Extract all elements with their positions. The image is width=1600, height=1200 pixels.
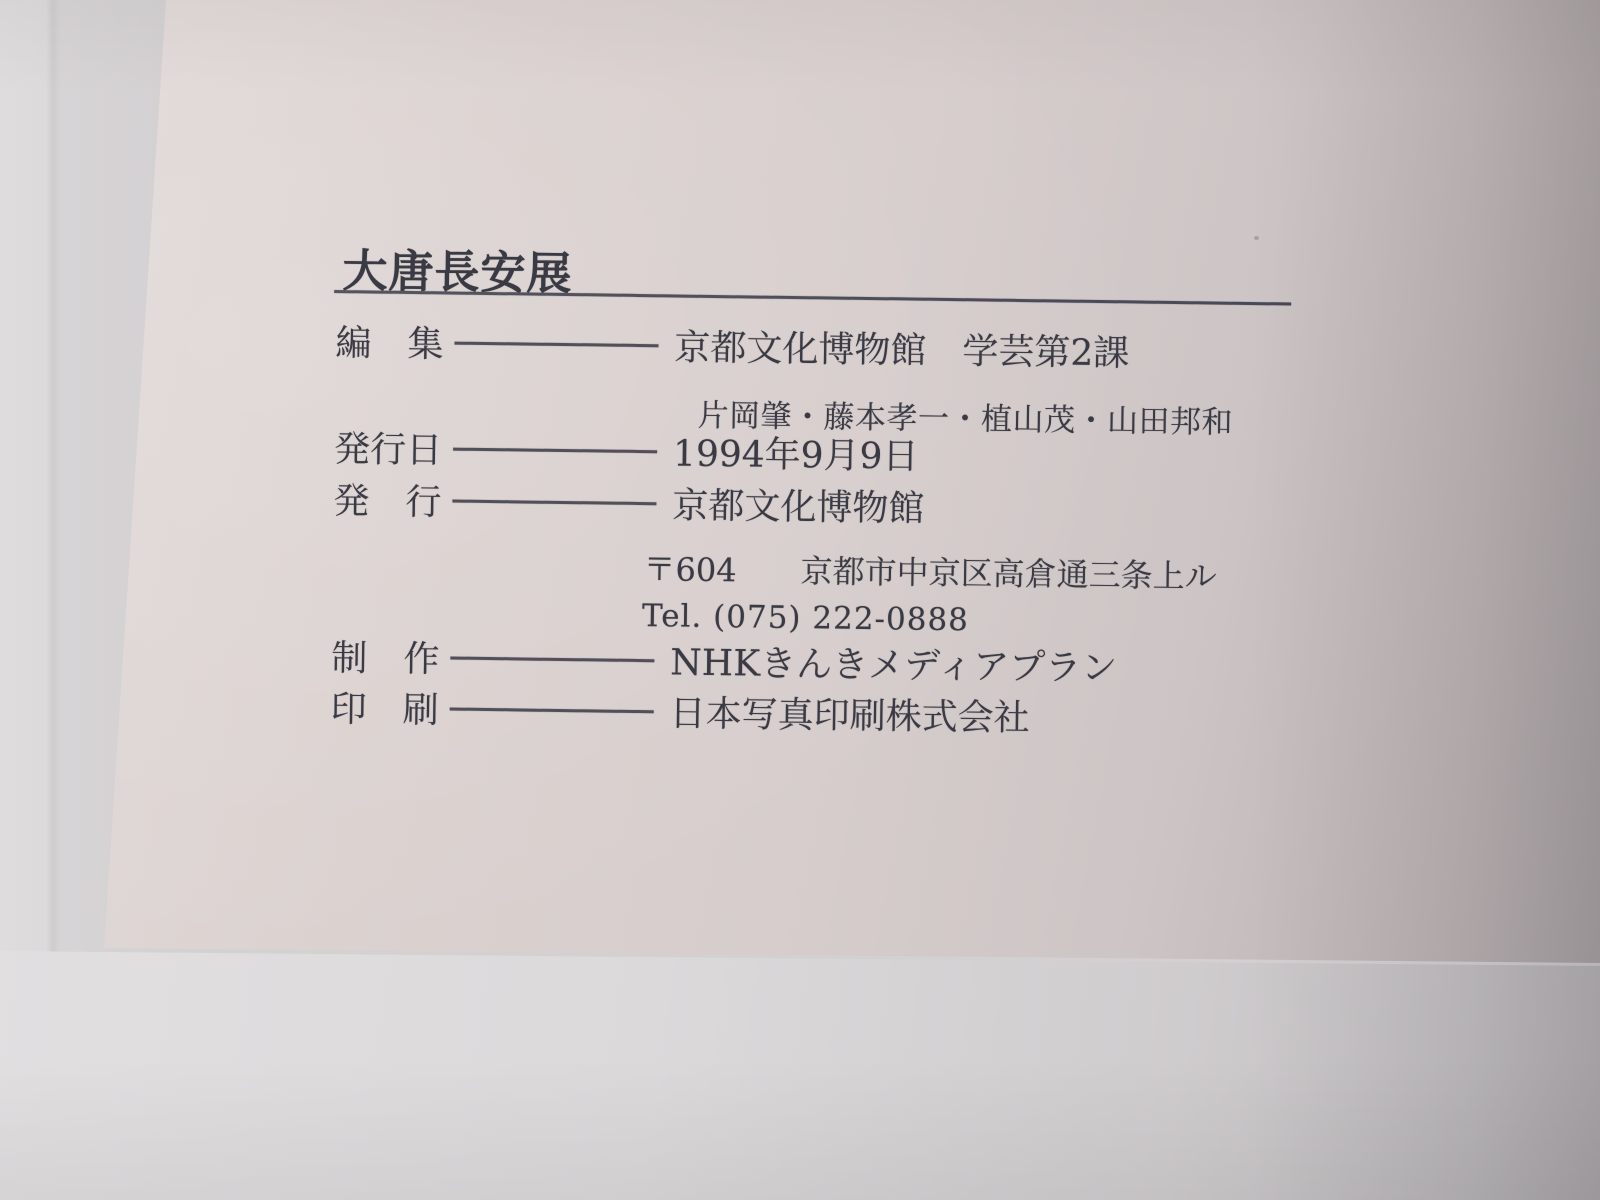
leader-line bbox=[452, 499, 656, 505]
publisher-phone: Tel. (075) 222-0888 bbox=[642, 598, 969, 638]
photo-of-book-colophon: 大唐長安展 編 集 京都文化博物館 学芸第2課 片岡肇・藤本孝一・植山茂・山田邦… bbox=[0, 0, 1600, 1200]
row-value: 京都文化博物館 学芸第2課 bbox=[674, 319, 1130, 376]
leader-line bbox=[450, 707, 654, 713]
row-value: NHKきんきメディアプラン bbox=[670, 634, 1118, 691]
row-value: 京都文化博物館 bbox=[672, 477, 925, 531]
leader-line bbox=[454, 341, 658, 347]
row-label: 制 作 bbox=[331, 629, 447, 682]
leader-line bbox=[450, 656, 654, 662]
row-label: 印 刷 bbox=[330, 680, 446, 733]
publisher-address: 〒604 京都市中京区高倉通三条上ル bbox=[643, 544, 1217, 597]
colophon-row-editing: 編 集 京都文化博物館 学芸第2課 bbox=[335, 318, 1129, 372]
row-label: 編 集 bbox=[335, 315, 451, 368]
row-value: 1994年9月9日 bbox=[673, 425, 919, 479]
row-value: 日本写真印刷株式会社 bbox=[669, 685, 1030, 741]
colophon-row-publish-date: 発行日 1994年9月9日 bbox=[334, 424, 919, 476]
colophon-row-production: 制 作 NHKきんきメディアプラン bbox=[331, 633, 1117, 687]
colophon-row-publisher: 発 行 京都文化博物館 bbox=[333, 476, 925, 528]
printed-text-block: 大唐長安展 編 集 京都文化博物館 学芸第2課 片岡肇・藤本孝一・植山茂・山田邦… bbox=[328, 228, 1345, 801]
colophon-row-printer: 印 刷 日本写真印刷株式会社 bbox=[330, 684, 1030, 737]
row-label: 発 行 bbox=[333, 473, 449, 526]
paper-speck bbox=[1254, 236, 1259, 240]
leader-line bbox=[453, 447, 657, 453]
row-label: 発行日 bbox=[334, 421, 450, 474]
